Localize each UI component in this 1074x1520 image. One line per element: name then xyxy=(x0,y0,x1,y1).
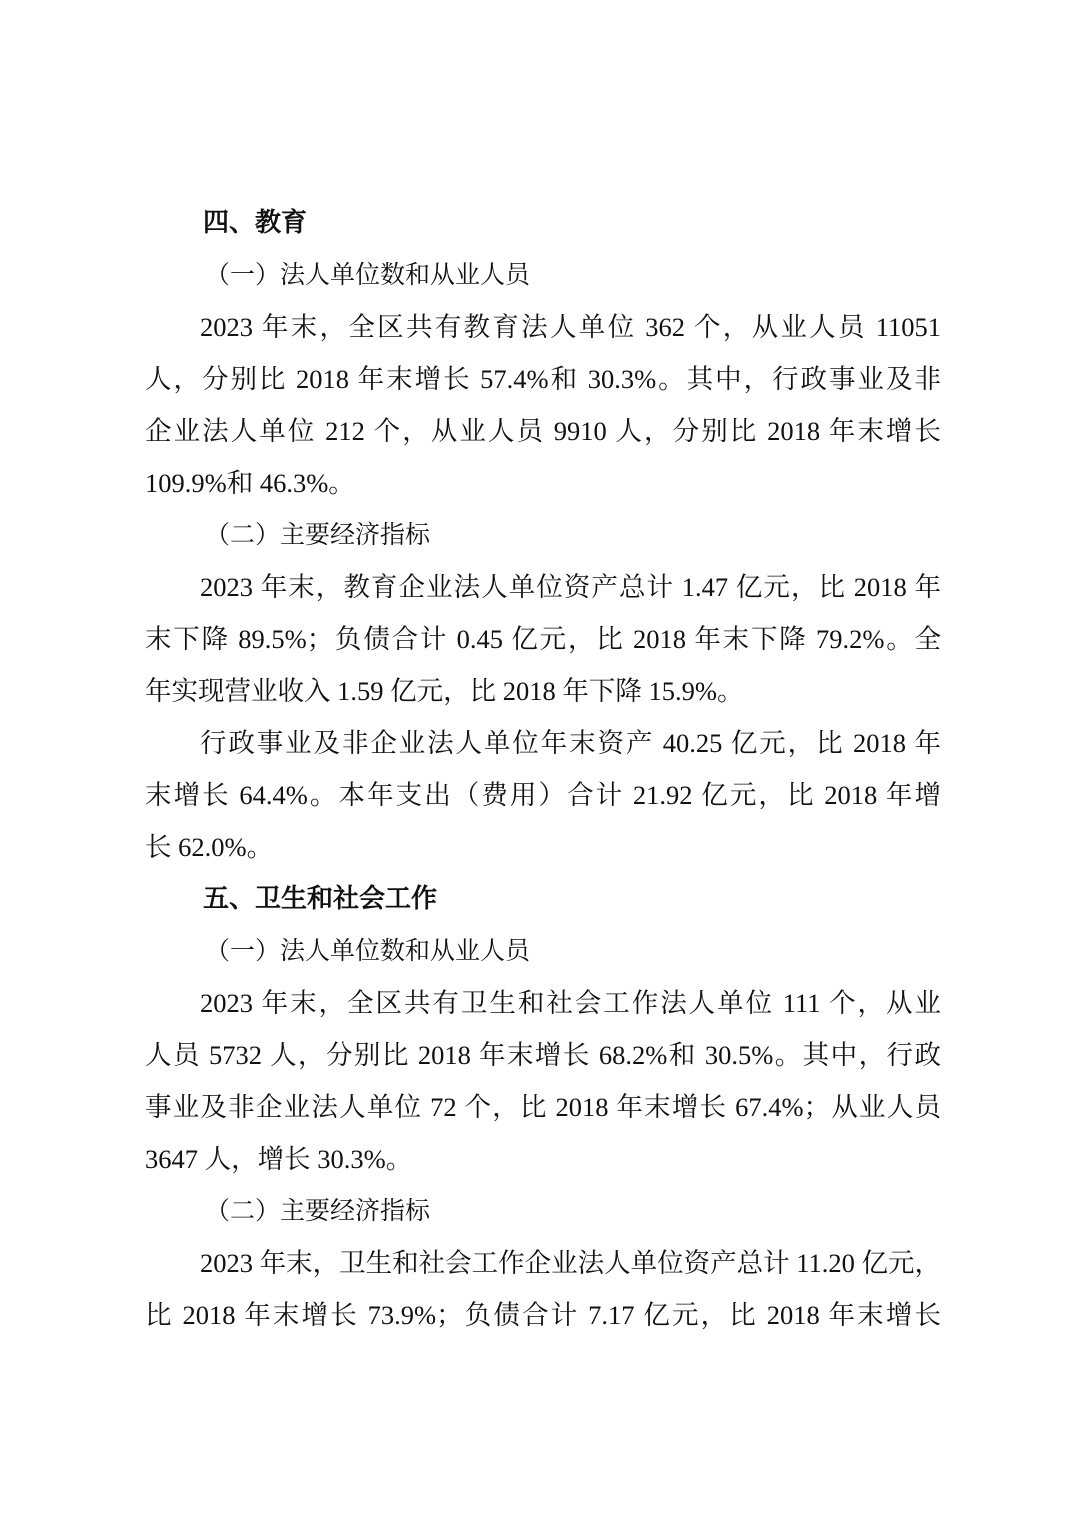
paragraph-line: 人，分别比 2018 年末增长 57.4%和 30.3%。其中，行政事业及非 xyxy=(145,353,941,405)
subsection-heading-economic-indicators: （二）主要经济指标 xyxy=(145,509,941,561)
subsection-heading-units-employees: （一）法人单位数和从业人员 xyxy=(145,925,941,977)
paragraph-line: 3647 人，增长 30.3%。 xyxy=(145,1133,941,1185)
paragraph-line: 比 2018 年末增长 73.9%；负债合计 7.17 亿元，比 2018 年末… xyxy=(145,1289,941,1341)
document-page: 四、教育 （一）法人单位数和从业人员 2023 年末，全区共有教育法人单位 36… xyxy=(145,197,941,1341)
paragraph-line: 企业法人单位 212 个，从业人员 9910 人，分别比 2018 年末增长 xyxy=(145,405,941,457)
paragraph-line: 长 62.0%。 xyxy=(145,821,941,873)
subsection-heading-economic-indicators: （二）主要经济指标 xyxy=(145,1185,941,1237)
paragraph-line: 2023 年末，全区共有卫生和社会工作法人单位 111 个，从业 xyxy=(145,977,941,1029)
paragraph-line: 2023 年末，教育企业法人单位资产总计 1.47 亿元，比 2018 年 xyxy=(145,561,941,613)
paragraph-line: 109.9%和 46.3%。 xyxy=(145,457,941,509)
paragraph-line: 事业及非企业法人单位 72 个，比 2018 年末增长 67.4%；从业人员 xyxy=(145,1081,941,1133)
paragraph-line: 人员 5732 人，分别比 2018 年末增长 68.2%和 30.5%。其中，… xyxy=(145,1029,941,1081)
paragraph-line: 2023 年末，全区共有教育法人单位 362 个，从业人员 11051 xyxy=(145,301,941,353)
paragraph-line: 末下降 89.5%；负债合计 0.45 亿元，比 2018 年末下降 79.2%… xyxy=(145,613,941,665)
paragraph-line: 年实现营业收入 1.59 亿元，比 2018 年下降 15.9%。 xyxy=(145,665,941,717)
section-heading-education: 四、教育 xyxy=(145,197,941,249)
paragraph-line: 行政事业及非企业法人单位年末资产 40.25 亿元，比 2018 年 xyxy=(145,717,941,769)
paragraph-line: 末增长 64.4%。本年支出（费用）合计 21.92 亿元，比 2018 年增 xyxy=(145,769,941,821)
subsection-heading-units-employees: （一）法人单位数和从业人员 xyxy=(145,249,941,301)
paragraph-line: 2023 年末，卫生和社会工作企业法人单位资产总计 11.20 亿元， xyxy=(145,1237,941,1289)
section-heading-health-social-work: 五、卫生和社会工作 xyxy=(145,873,941,925)
